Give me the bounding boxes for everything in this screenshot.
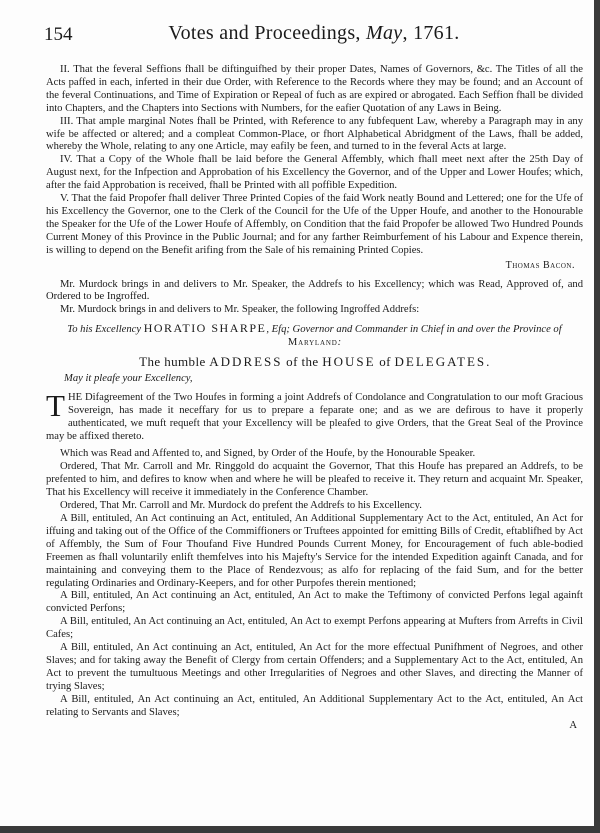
paragraph-ii: II. That the feveral Seffions fhall be d… xyxy=(46,64,583,116)
page-header: 154 Votes and Proceedings, May, 1761. xyxy=(44,22,584,48)
murdock-ingrossed-address: Mr. Murdock brings in and delivers to Mr… xyxy=(46,304,583,317)
catchword: A xyxy=(46,720,577,733)
address-body: THE Difagreement of the Two Houfes in fo… xyxy=(46,392,583,444)
ordered-acquaint-entry: Ordered, That Mr. Carroll and Mr. Ringgo… xyxy=(46,461,583,500)
murdock-address-read: Mr. Murdock brings in and delivers to Mr… xyxy=(46,279,583,305)
ordered-present-entry: Ordered, That Mr. Carroll and Mr. Murdoc… xyxy=(46,500,583,513)
bill-entry: A Bill, entituled, An Act continuing an … xyxy=(46,513,583,590)
signature: Thomas Bacon. xyxy=(46,260,575,273)
bill-entry: A Bill, entituled, An Act continuing an … xyxy=(46,590,583,616)
assented-entry: Which was Read and Affented to, and Sign… xyxy=(46,448,583,461)
address-recipient: To his Excellency HORATIO SHARPE, Efq; G… xyxy=(46,322,583,350)
scan-border-right xyxy=(594,0,600,833)
document-page: 154 Votes and Proceedings, May, 1761. II… xyxy=(0,0,594,826)
running-title: Votes and Proceedings, May, 1761. xyxy=(44,22,584,45)
paragraph-v: V. That the faid Propofer fhall deliver … xyxy=(46,193,583,258)
page-body: II. That the feveral Seffions fhall be d… xyxy=(46,64,583,732)
scan-border-bottom xyxy=(0,826,600,833)
paragraph-iii: III. That ample marginal Notes fhall be … xyxy=(46,116,583,155)
paragraph-iv: IV. That a Copy of the Whole fhall be la… xyxy=(46,154,583,193)
bill-entry: A Bill, entituled, An Act continuing an … xyxy=(46,616,583,642)
bill-entry: A Bill, entituled, An Act continuing an … xyxy=(46,694,583,720)
salutation: May it pleafe your Excellency, xyxy=(64,373,583,386)
bill-entry: A Bill, entituled, An Act continuing an … xyxy=(46,642,583,694)
drop-cap: T xyxy=(46,393,65,419)
address-title: The humble ADDRESS of the HOUSE of DELEG… xyxy=(46,356,583,369)
